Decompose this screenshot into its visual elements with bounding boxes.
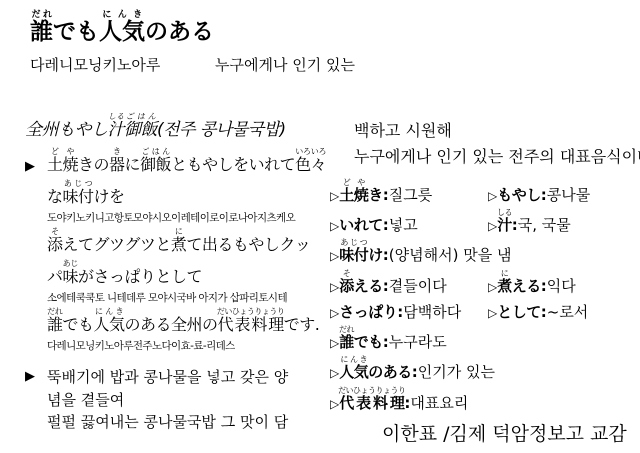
open-triangle-icon: ▷: [330, 306, 339, 320]
open-triangle-icon: ▷: [330, 249, 339, 263]
intro-paragraph: 백하고 시원해누구에게나 인기 있는 전주의 대표음식이다.: [330, 118, 636, 170]
open-triangle-icon: ▷: [488, 189, 497, 203]
vocab-term: 誰だれでも: [339, 333, 383, 351]
japanese-text-line: 誰だれでも人気にんきのある全州の代表料理だいひょうりょうりです.: [47, 307, 327, 339]
bullet-triangle-icon: ▶: [25, 147, 47, 173]
vocab-term: 添そえる: [339, 277, 383, 295]
open-triangle-icon: ▷: [330, 219, 339, 233]
japanese-text-line: パ味あじがさっぱりとして: [47, 259, 327, 291]
open-triangle-icon: ▷: [330, 336, 339, 350]
vocab-row: ▷味付あじつけ:(양념해서) 맛을 냄: [330, 238, 636, 268]
japanese-text-line: 添そえてグツグツと煮にて出るもやしクッ: [47, 227, 327, 259]
vocab-item: ▷さっぱり:담백하다: [330, 299, 488, 325]
korean-text-line: 념을 곁들여: [47, 389, 327, 412]
vocab-item: ▷いれて:넣고: [330, 212, 488, 238]
vocab-term: 汁しる: [497, 216, 512, 234]
vocab-term: いれて: [339, 216, 383, 234]
right-column: 백하고 시원해누구에게나 인기 있는 전주의 대표음식이다. ▷土焼どやき:질그…: [330, 118, 636, 446]
korean-transliteration-line: 소에테쿡쿡토 니테데루 모야시국바 아지가 삽파리토시테: [47, 291, 327, 307]
vocab-item: ▷煮にえる:익다: [488, 269, 636, 299]
bullet-2-body: 뚝배기에 밥과 콩나물을 넣고 갖은 양념을 곁들여펄펄 끓여내는 콩나물국밥 …: [47, 366, 327, 434]
bullet-paragraph-2: ▶ 뚝배기에 밥과 콩나물을 넣고 갖은 양념을 곁들여펄펄 끓여내는 콩나물국…: [25, 366, 327, 434]
bullet-triangle-icon: ▶: [25, 366, 47, 383]
left-column: 全州もやし汁しる御飯ごはん(전주 콩나물국밥) ▶ 土焼どやきの器きに御飯ごはん…: [25, 112, 327, 434]
vocab-term: 煮にえる: [497, 277, 541, 295]
page-title: 誰だれでも人気にんきのある: [30, 10, 610, 52]
vocab-meaning: ~로서: [547, 303, 589, 321]
vocab-meaning: 인기가 있는: [418, 363, 495, 381]
vocab-meaning: (양념해서) 맛을 냄: [389, 246, 512, 264]
japanese-text-line: 土焼どやきの器きに御飯ごはんともやしをいれて色々いろいろ: [47, 147, 327, 179]
vocab-meaning: 곁들이다: [389, 277, 447, 295]
open-triangle-icon: ▷: [488, 219, 497, 233]
vocab-item: ▷代表料理だいひょうりょうり:대표요리: [330, 386, 468, 416]
vocab-item: ▷人気にんきのある:인기가 있는: [330, 355, 495, 385]
dish-heading: 全州もやし汁しる御飯ごはん(전주 콩나물국밥): [25, 112, 327, 147]
korean-transliteration-line: 도야키노키니고항토모야시오이레테이로이로나아지츠케오: [47, 211, 327, 227]
title-reading-row: 다레니모닝키노아루 누구에게나 인기 있는: [30, 54, 610, 74]
vocab-row: ▷土焼どやき:질그릇▷もやし:콩나물: [330, 178, 636, 208]
open-triangle-icon: ▷: [330, 280, 339, 294]
header: 誰だれでも人気にんきのある 다레니모닝키노아루 누구에게나 인기 있는: [30, 10, 610, 74]
vocab-item: ▷誰だれでも:누구라도: [330, 325, 447, 355]
vocab-row: ▷人気にんきのある:인기가 있는: [330, 355, 636, 385]
vocab-meaning: 담백하다: [403, 303, 461, 321]
vocab-term: もやし: [497, 186, 541, 204]
document-page: 誰だれでも人気にんきのある 다레니모닝키노아루 누구에게나 인기 있는 全州もや…: [0, 0, 640, 453]
vocab-row: ▷添そえる:곁들이다▷煮にえる:익다: [330, 269, 636, 299]
vocab-meaning: 질그릇: [389, 186, 432, 204]
vocab-meaning: 넣고: [389, 216, 418, 234]
vocab-item: ▷味付あじつけ:(양념해서) 맛을 냄: [330, 238, 511, 268]
vocab-term: として: [497, 303, 541, 321]
title-korean-reading: 다레니모닝키노아루: [30, 54, 160, 75]
korean-text-line: 펄펄 끓여내는 콩나물국밥 그 맛이 담: [47, 411, 327, 434]
vocab-term: 人気にんきのある: [339, 363, 412, 381]
credit-line: 이한표 /김제 덕암정보고 교감: [330, 419, 636, 446]
vocab-meaning: 콩나물: [547, 186, 590, 204]
vocab-row: ▷さっぱり:담백하다▷として:~로서: [330, 299, 636, 325]
vocab-list: ▷土焼どやき:질그릇▷もやし:콩나물▷いれて:넣고▷汁しる:국, 국물▷味付あじ…: [330, 178, 636, 416]
vocab-term: さっぱり: [339, 303, 397, 321]
vocab-row: ▷誰だれでも:누구라도: [330, 325, 636, 355]
open-triangle-icon: ▷: [488, 280, 497, 294]
open-triangle-icon: ▷: [330, 366, 339, 380]
intro-text-line: 백하고 시원해: [354, 118, 636, 144]
open-triangle-icon: ▷: [330, 189, 339, 203]
intro-text-line: 누구에게나 인기 있는 전주의 대표음식이다.: [354, 144, 636, 170]
vocab-meaning: 국, 국물: [518, 216, 571, 234]
vocab-item: ▷として:~로서: [488, 299, 636, 325]
bullet-1-body: 土焼どやきの器きに御飯ごはんともやしをいれて色々いろいろな味付あじつけを도야키노…: [47, 147, 327, 354]
bullet-paragraph-1: ▶ 土焼どやきの器きに御飯ごはんともやしをいれて色々いろいろな味付あじつけを도야…: [25, 147, 327, 354]
vocab-row: ▷代表料理だいひょうりょうり:대표요리: [330, 386, 636, 416]
korean-text-line: 뚝배기에 밥과 콩나물을 넣고 갖은 양: [47, 366, 327, 389]
vocab-term: 土焼どやき: [339, 186, 383, 204]
vocab-meaning: 대표요리: [410, 394, 468, 412]
vocab-row: ▷いれて:넣고▷汁しる:국, 국물: [330, 208, 636, 238]
vocab-item: ▷土焼どやき:질그릇: [330, 178, 488, 208]
vocab-term: 代表料理だいひょうりょうり: [339, 394, 404, 412]
page-title-text: 誰だれでも人気にんきのある: [30, 19, 214, 45]
vocab-meaning: 익다: [547, 277, 576, 295]
open-triangle-icon: ▷: [488, 306, 497, 320]
vocab-item: ▷もやし:콩나물: [488, 182, 636, 208]
vocab-term: 味付あじつけ: [339, 246, 383, 264]
vocab-item: ▷添そえる:곁들이다: [330, 269, 488, 299]
vocab-item: ▷汁しる:국, 국물: [488, 208, 636, 238]
korean-transliteration-line: 다레니모닝키노아루전주노다이효-료-리데스: [47, 339, 327, 355]
dish-heading-text: 全州もやし汁しる御飯ごはん(전주 콩나물국밥): [25, 120, 286, 140]
title-korean-meaning: 누구에게나 인기 있는: [215, 54, 355, 75]
vocab-meaning: 누구라도: [389, 333, 447, 351]
japanese-text-line: な味付あじつけを: [47, 179, 327, 211]
